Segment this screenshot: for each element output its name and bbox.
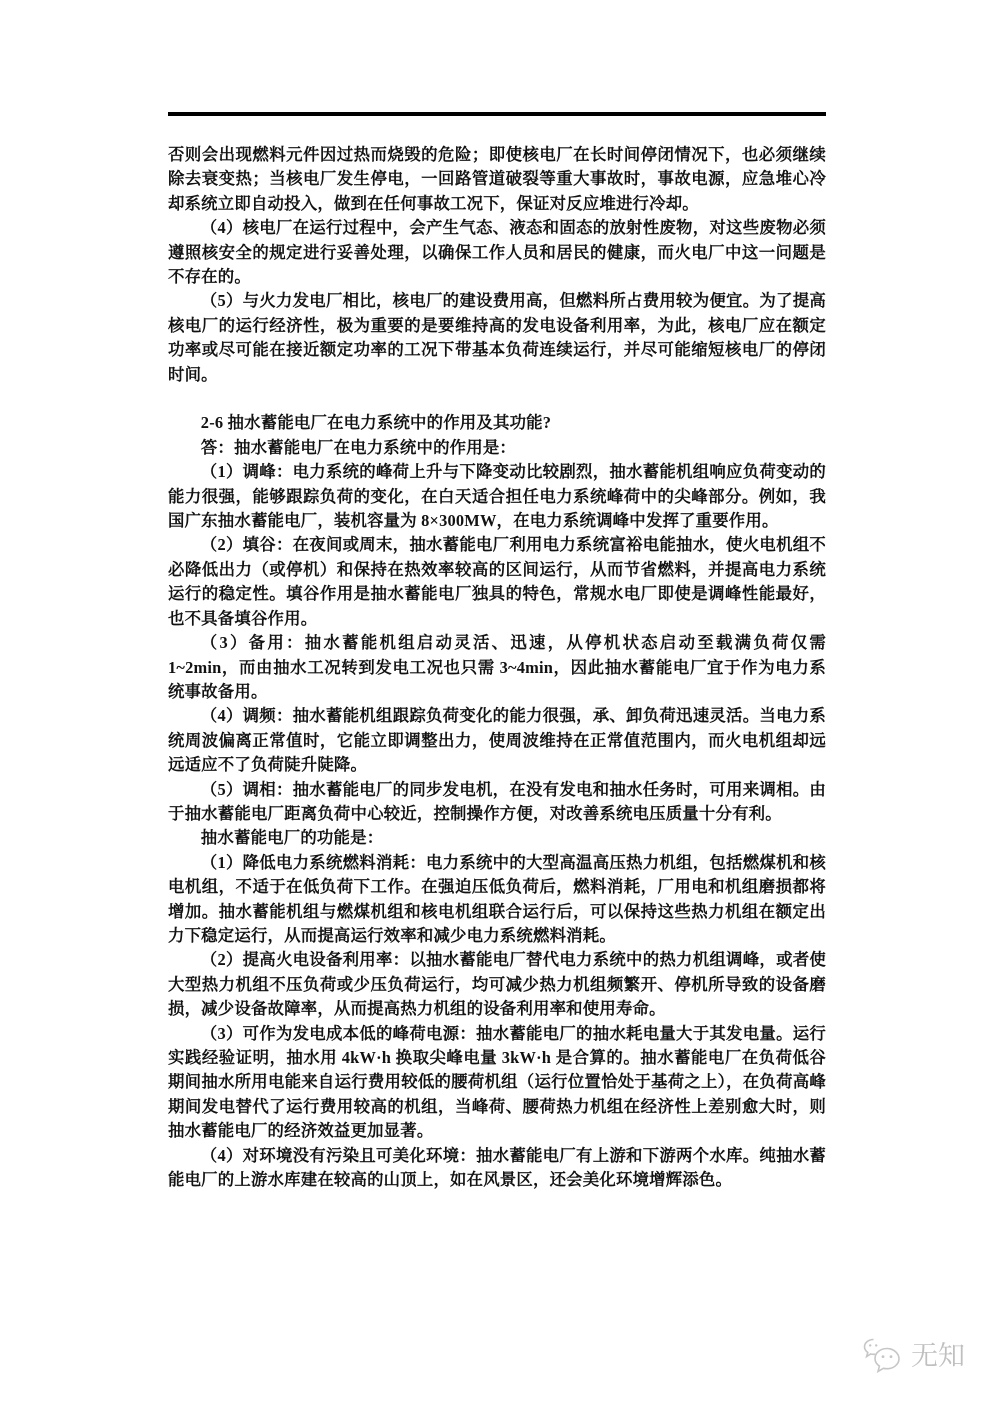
paragraph: （5）调相：抽水蓄能电厂的同步发电机，在没有发电和抽水任务时，可用来调相。由于抽… bbox=[168, 778, 826, 827]
header-rule bbox=[168, 112, 826, 116]
paragraph-continuation: 否则会出现燃料元件因过热而烧毁的危险；即使核电厂在长时间停闭情况下，也必须继续除… bbox=[168, 143, 826, 216]
wechat-bubbles-icon bbox=[860, 1336, 904, 1376]
paragraph: （4）调频：抽水蓄能机组跟踪负荷变化的能力很强，承、卸负荷迅速灵活。当电力系统周… bbox=[168, 704, 826, 777]
functions-lead: 抽水蓄能电厂的功能是： bbox=[168, 826, 826, 850]
paragraph: （3）可作为发电成本低的峰荷电源：抽水蓄能电厂的抽水耗电量大于其发电量。运行实践… bbox=[168, 1022, 826, 1144]
paragraph: （4）对环境没有污染且可美化环境：抽水蓄能电厂有上游和下游两个水库。纯抽水蓄能电… bbox=[168, 1144, 826, 1193]
paragraph: （5）与火力发电厂相比，核电厂的建设费用高，但燃料所占费用较为便宜。为了提高核电… bbox=[168, 289, 826, 387]
paragraph: （2）提高火电设备利用率：以抽水蓄能电厂替代电力系统中的热力机组调峰，或者使大型… bbox=[168, 948, 826, 1021]
paragraph: （4）核电厂在运行过程中，会产生气态、液态和固态的放射性废物，对这些废物必须遵照… bbox=[168, 216, 826, 289]
document-page: 否则会出现燃料元件因过热而烧毁的危险；即使核电厂在长时间停闭情况下，也必须继续除… bbox=[0, 0, 992, 1403]
watermark-text: 无知 bbox=[911, 1343, 965, 1370]
answer-lead: 答：抽水蓄能电厂在电力系统中的作用是： bbox=[168, 436, 826, 460]
paragraph: （3）备用：抽水蓄能机组启动灵活、迅速，从停机状态启动至载满负荷仅需 1~2mi… bbox=[168, 631, 826, 704]
paragraph: （1）调峰：电力系统的峰荷上升与下降变动比较剧烈，抽水蓄能机组响应负荷变动的能力… bbox=[168, 460, 826, 533]
paragraph: （1）降低电力系统燃料消耗：电力系统中的大型高温高压热力机组，包括燃煤机和核电机… bbox=[168, 851, 826, 949]
paragraph: （2）填谷：在夜间或周末，抽水蓄能电厂利用电力系统富裕电能抽水，使火电机组不必降… bbox=[168, 533, 826, 631]
section-heading: 2-6 抽水蓄能电厂在电力系统中的作用及其功能? bbox=[168, 411, 826, 435]
document-content: 否则会出现燃料元件因过热而烧毁的危险；即使核电厂在长时间停闭情况下，也必须继续除… bbox=[168, 143, 826, 1192]
watermark: 无知 bbox=[860, 1336, 965, 1376]
